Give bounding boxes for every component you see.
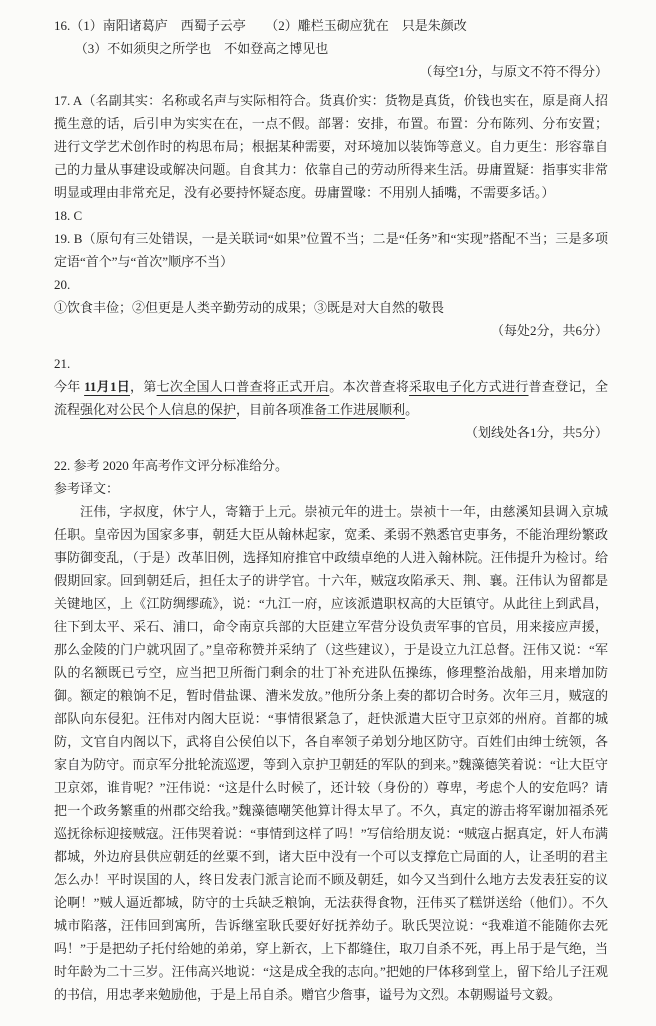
q22-answer: 22. 参考 2020 年高考作文评分标准给分。 xyxy=(54,454,608,477)
q17-answer: 17. A（名副其实：名称或名声与实际相符合。货真价实：货物是真货，价钱也实在，… xyxy=(54,89,608,204)
translation-paragraph: 汪伟，字叔度，休宁人，寄籍于上元。崇祯元年的进士。崇祯十一年，由慈溪知县调入京城… xyxy=(54,500,608,1006)
plain-phrase: 。 xyxy=(405,402,418,417)
plain-phrase: ，目前各项 xyxy=(236,402,301,417)
scanned-answer-sheet: 16.（1）南阳诸葛庐 西蜀子云亭 （2）雕栏玉砌应犹在 只是朱颜改 （3）不如… xyxy=(0,0,656,1026)
translation-block: 参考译文： 汪伟，字叔度，休宁人，寄籍于上元。崇祯元年的进士。崇祯十一年，由慈溪… xyxy=(54,477,608,1006)
q16-answer-line1: 16.（1）南阳诸葛庐 西蜀子云亭 （2）雕栏玉砌应犹在 只是朱颜改 xyxy=(54,14,608,37)
q20-label: 20. xyxy=(54,273,608,296)
q19-answer: 19. B（原句有三处错误，一是关联词“如果”位置不当；二是“任务”和“实现”搭… xyxy=(54,227,608,273)
q21-label: 21. xyxy=(54,352,608,375)
q21-block: 21. 今年 11月1日，第七次全国人口普查将正式开启。本次普查将采取电子化方式… xyxy=(54,352,608,444)
q16-score-note: （每空1分，与原文不符不得分） xyxy=(54,60,608,83)
q20-block: 20. ①饮食丰俭；②但更是人类辛勤劳动的成果；③既是对大自然的敬畏 （每处2分… xyxy=(54,273,608,342)
underlined-phrase: 采取电子化方式进行 xyxy=(409,379,529,394)
plain-phrase: 今年 xyxy=(54,379,84,394)
q21-score-note: （划线处各1分，共5分） xyxy=(54,421,608,444)
plain-phrase: 。本次普查将 xyxy=(329,379,409,394)
underlined-phrase: 11月1日 xyxy=(84,379,130,394)
underlined-phrase: 准备工作进展顺利 xyxy=(301,402,405,417)
underlined-phrase: 七次全国人口普查将正式开启 xyxy=(157,379,330,394)
q20-score-note: （每处2分，共6分） xyxy=(54,319,608,342)
q16-answer-line2: （3）不如须臾之所学也 不如登高之博见也 xyxy=(54,37,608,60)
translation-heading: 参考译文： xyxy=(54,477,608,500)
plain-phrase: ，第 xyxy=(130,379,157,394)
q20-answer: ①饮食丰俭；②但更是人类辛勤劳动的成果；③既是对大自然的敬畏 xyxy=(54,296,608,319)
q16-block: 16.（1）南阳诸葛庐 西蜀子云亭 （2）雕栏玉砌应犹在 只是朱颜改 （3）不如… xyxy=(54,14,608,83)
q21-answer: 今年 11月1日，第七次全国人口普查将正式开启。本次普查将采取电子化方式进行普查… xyxy=(54,375,608,421)
underlined-phrase: 强化对公民个人信息的保护 xyxy=(80,402,236,417)
q18-answer: 18. C xyxy=(54,204,608,227)
